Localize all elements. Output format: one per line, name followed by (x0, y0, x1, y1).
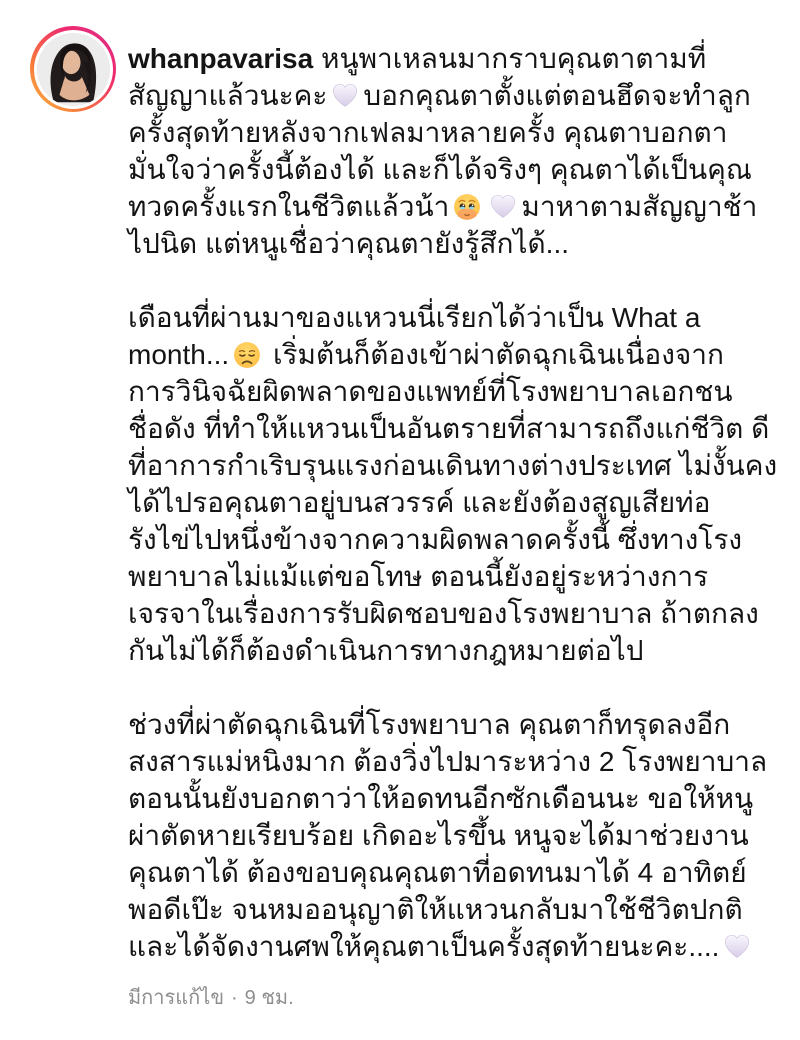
white-heart-icon (722, 932, 752, 962)
caption-line: มั่นใจว่าครั้งนี้ต้องได้ และก็ได้จริงๆ ค… (128, 151, 764, 188)
username-link[interactable]: whanpavarisa (128, 43, 313, 74)
caption-line: และได้จัดงานศพให้คุณตาเป็นครั้งสุดท้ายนะ… (128, 928, 764, 965)
white-heart-icon (488, 192, 518, 222)
caption-text-segment: พยาบาลไม่แม้แต่ขอโทษ ตอนนี้ยังอยู่ระหว่า… (128, 561, 708, 592)
caption-line: การวินิจฉัยผิดพลาดของแพทย์ที่โรงพยาบาลเอ… (128, 373, 764, 410)
caption-paragraph: เดือนที่ผ่านมาของแหวนนี่เรียกได้ว่าเป็น … (128, 299, 764, 669)
caption-line: สัญญาแล้วนะคะบอกคุณตาตั้งแต่ตอนฮึดจะทำลู… (128, 77, 764, 114)
caption-text-segment: หนูพาเหลนมากราบคุณตาตามที่ (313, 43, 706, 74)
white-heart-icon (330, 81, 360, 111)
caption-line: ทวดครั้งแรกในชีวิตแล้วน้ามาหาตามสัญญาช้า (128, 188, 764, 225)
caption-text-segment: ช่วงที่ผ่าตัดฉุกเฉินที่โรงพยาบาล คุณตาก็… (128, 709, 730, 740)
caption-paragraph: ช่วงที่ผ่าตัดฉุกเฉินที่โรงพยาบาล คุณตาก็… (128, 706, 764, 965)
caption-text-segment: มาหาตามสัญญาช้า (521, 191, 757, 222)
caption-text: whanpavarisa หนูพาเหลนมากราบคุณตาตามที่ส… (128, 40, 764, 965)
caption-line: ไปนิด แต่หนูเชื่อว่าคุณตายังรู้สึกได้... (128, 225, 764, 262)
edited-label: มีการแก้ไข (128, 986, 224, 1010)
caption-text-segment: ทวดครั้งแรกในชีวิตแล้วน้า (128, 191, 449, 222)
avatar-story-ring[interactable] (30, 26, 116, 112)
caption-line: พยาบาลไม่แม้แต่ขอโทษ ตอนนี้ยังอยู่ระหว่า… (128, 558, 764, 595)
caption-text-segment: สงสารแม่หนิงมาก ต้องวิ่งไปมาระหว่าง 2 โร… (128, 746, 767, 777)
avatar-ring-gap (34, 30, 113, 109)
caption-line: ตอนนั้นยังบอกตาว่าให้อดทนอีกซักเดือนนะ ข… (128, 780, 764, 817)
caption-text-segment: บอกคุณตาตั้งแต่ตอนฮึดจะทำลูก (363, 80, 750, 111)
caption-text-segment: month... (128, 339, 229, 370)
caption-line: month... เริ่มต้นก็ต้องเข้าผ่าตัดฉุกเฉิน… (128, 336, 764, 373)
caption-line: ผ่าตัดหายเรียบร้อย เกิดอะไรขึ้น หนูจะได้… (128, 817, 764, 854)
caption-paragraph: whanpavarisa หนูพาเหลนมากราบคุณตาตามที่ส… (128, 40, 764, 262)
caption-line: ได้ไปรอคุณตาอยู่บนสวรรค์ และยังต้องสูญเส… (128, 484, 764, 521)
caption-line: ชื่อดัง ที่ทำให้แหวนเป็นอันตรายที่สามารถ… (128, 410, 764, 447)
caption-line: เจรจาในเรื่องการรับผิดชอบของโรงพยาบาล ถ้… (128, 595, 764, 632)
caption-line: พอดีเป๊ะ จนหมออนุญาติให้แหวนกลับมาใช้ชีว… (128, 891, 764, 928)
caption-line: เดือนที่ผ่านมาของแหวนนี่เรียกได้ว่าเป็น … (128, 299, 764, 336)
caption-meta: มีการแก้ไข · 9 ชม. (128, 986, 764, 1010)
caption-text-segment: ชื่อดัง ที่ทำให้แหวนเป็นอันตรายที่สามารถ… (128, 413, 769, 444)
caption-text-segment: ผ่าตัดหายเรียบร้อย เกิดอะไรขึ้น หนูจะได้… (128, 820, 749, 851)
face-holding-back-tears-icon (452, 192, 482, 222)
caption-line: ครั้งสุดท้ายหลังจากเฟลมาหลายครั้ง คุณตาบ… (128, 114, 764, 151)
caption-line: รังไข่ไปหนึ่งข้างจากความผิดพลาดครั้งนี้ … (128, 521, 764, 558)
caption-line: กันไม่ได้ก็ต้องดำเนินการทางกฎหมายต่อไป (128, 632, 764, 669)
profile-photo-illustration (37, 33, 110, 106)
caption-text-segment: พอดีเป๊ะ จนหมออนุญาติให้แหวนกลับมาใช้ชีว… (128, 894, 743, 925)
caption-text-segment: รังไข่ไปหนึ่งข้างจากความผิดพลาดครั้งนี้ … (128, 524, 742, 555)
caption-content: whanpavarisa หนูพาเหลนมากราบคุณตาตามที่ส… (128, 26, 764, 1010)
caption-line: whanpavarisa หนูพาเหลนมากราบคุณตาตามที่ (128, 40, 764, 77)
caption-line: ที่อาการกำเริบรุนแรงก่อนเดินทางต่างประเท… (128, 447, 764, 484)
caption-line: สงสารแม่หนิงมาก ต้องวิ่งไปมาระหว่าง 2 โร… (128, 743, 764, 780)
caption-text-segment: เริ่มต้นก็ต้องเข้าผ่าตัดฉุกเฉินเนื่องจาก (265, 339, 724, 370)
disappointed-face-icon (232, 340, 262, 370)
avatar[interactable] (37, 33, 110, 106)
caption-text-segment: เจรจาในเรื่องการรับผิดชอบของโรงพยาบาล ถ้… (128, 598, 759, 629)
caption-text-segment: และได้จัดงานศพให้คุณตาเป็นครั้งสุดท้ายนะ… (128, 931, 719, 962)
caption-text-segment: ไปนิด แต่หนูเชื่อว่าคุณตายังรู้สึกได้... (128, 228, 569, 259)
caption-text-segment: สัญญาแล้วนะคะ (128, 80, 327, 111)
caption-text-segment: ตอนนั้นยังบอกตาว่าให้อดทนอีกซักเดือนนะ ข… (128, 783, 753, 814)
caption-line: คุณตาได้ ต้องขอบคุณคุณตาที่อดทนมาได้ 4 อ… (128, 854, 764, 891)
meta-separator: · (231, 986, 238, 1010)
timestamp: 9 ชม. (245, 986, 294, 1010)
caption-text-segment: เดือนที่ผ่านมาของแหวนนี่เรียกได้ว่าเป็น … (128, 302, 700, 333)
caption-text-segment: การวินิจฉัยผิดพลาดของแพทย์ที่โรงพยาบาลเอ… (128, 376, 733, 407)
instagram-caption-view: whanpavarisa หนูพาเหลนมากราบคุณตาตามที่ส… (0, 0, 800, 1040)
caption-text-segment: ครั้งสุดท้ายหลังจากเฟลมาหลายครั้ง คุณตาบ… (128, 117, 727, 148)
caption-text-segment: มั่นใจว่าครั้งนี้ต้องได้ และก็ได้จริงๆ ค… (128, 154, 752, 185)
caption-line: ช่วงที่ผ่าตัดฉุกเฉินที่โรงพยาบาล คุณตาก็… (128, 706, 764, 743)
caption-post: whanpavarisa หนูพาเหลนมากราบคุณตาตามที่ส… (0, 0, 800, 1010)
caption-text-segment: คุณตาได้ ต้องขอบคุณคุณตาที่อดทนมาได้ 4 อ… (128, 857, 747, 888)
caption-text-segment: ที่อาการกำเริบรุนแรงก่อนเดินทางต่างประเท… (128, 450, 777, 481)
caption-text-segment: ได้ไปรอคุณตาอยู่บนสวรรค์ และยังต้องสูญเส… (128, 487, 710, 518)
caption-text-segment: กันไม่ได้ก็ต้องดำเนินการทางกฎหมายต่อไป (128, 635, 644, 666)
